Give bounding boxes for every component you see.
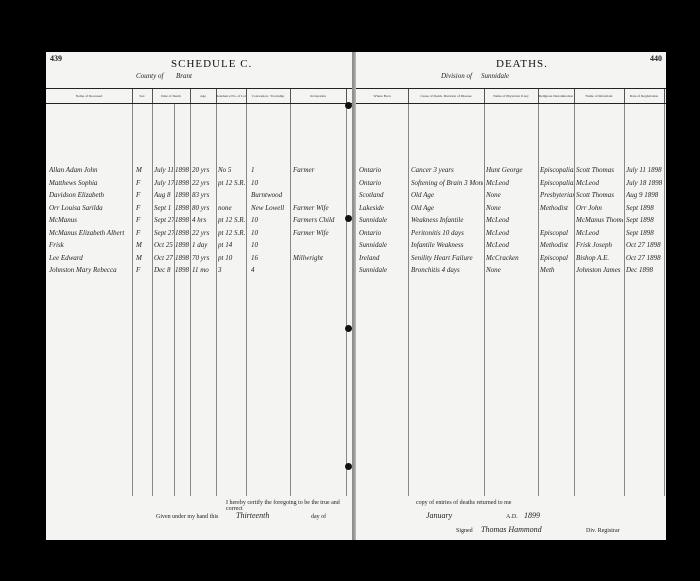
- cell-con: 10: [251, 241, 289, 249]
- col-registration: Date of Registration: [624, 89, 665, 103]
- cell-date: Sept 1: [154, 204, 174, 212]
- cell-con: 10: [251, 229, 289, 237]
- given-text: Given under my hand this: [156, 514, 218, 520]
- cell-born: Scotland: [359, 191, 407, 199]
- cell-reg: July 18 1898: [626, 179, 664, 187]
- cell-lot: pt 10: [218, 254, 246, 262]
- cell-born: Ontario: [359, 166, 407, 174]
- ad-label: A.D.: [506, 514, 518, 520]
- col-occupation: Occupation: [290, 89, 347, 103]
- cell-religion: Episcopalian: [540, 166, 574, 174]
- cell-date: Oct 25: [154, 241, 174, 249]
- page-number: 440: [650, 54, 662, 63]
- cell-lot: 3: [218, 266, 246, 274]
- cell-con: Burntwood: [251, 191, 289, 199]
- cell-physician: McLeod: [486, 216, 536, 224]
- col-age: Age: [190, 89, 217, 103]
- page-number: 439: [50, 54, 62, 63]
- cell-age: 22 yrs: [192, 179, 216, 187]
- table-row: Johnston Mary RebeccaFDec 8189811 mo34: [46, 266, 352, 278]
- cell-informant: McLeod: [576, 229, 623, 237]
- col-name: Name of Deceased: [46, 89, 133, 103]
- table-row: OntarioPeritonitis 10 daysMcLeodEpiscopa…: [356, 229, 666, 241]
- binding-hole: [345, 463, 352, 470]
- cell-informant: Scott Thomas: [576, 191, 623, 199]
- cell-born: Ireland: [359, 254, 407, 262]
- cell-physician: McLeod: [486, 241, 536, 249]
- cell-age: 11 mo: [192, 266, 216, 274]
- cell-age: 4 hrs: [192, 216, 216, 224]
- cell-year: 1898: [175, 216, 190, 224]
- cell-date: Sept 27: [154, 216, 174, 224]
- cell-religion: Episcopalian: [540, 179, 574, 187]
- day-of: day of: [311, 514, 326, 520]
- table-row: ScotlandOld AgeNonePresbyterianScott Tho…: [356, 191, 666, 203]
- table-row: LakesideOld AgeNoneMethodistOrr JohnSept…: [356, 204, 666, 216]
- cell-physician: Hunt George: [486, 166, 536, 174]
- county-value: Brant: [176, 72, 192, 80]
- right-page: 440 DEATHS. Division of Sunnidale Where …: [356, 52, 666, 540]
- col-physician: Name of Physician if any: [484, 89, 539, 103]
- cell-con: 1: [251, 166, 289, 174]
- table-row: Davidson ElizabethFAug 8189883 yrsBurntw…: [46, 191, 352, 203]
- cell-name: Davidson Elizabeth: [49, 191, 131, 199]
- cell-physician: McLeod: [486, 229, 536, 237]
- cell-reg: July 11 1898: [626, 166, 664, 174]
- table-row: SunnidaleBronchitis 4 daysNoneMethJohnst…: [356, 266, 666, 278]
- cell-reg: Sept 1898: [626, 229, 664, 237]
- cell-born: Ontario: [359, 229, 407, 237]
- cell-cause: Cancer 3 years: [411, 166, 483, 174]
- cell-reg: Dec 1898: [626, 266, 664, 274]
- ledger-grid: [46, 104, 352, 496]
- cell-religion: Episcopal: [540, 229, 574, 237]
- registrar-label: Div. Registrar: [586, 528, 620, 534]
- col-cause: Cause of Death, Duration of Disease: [408, 89, 485, 103]
- cell-date: July 17: [154, 179, 174, 187]
- cell-lot: pt 12 S.R.: [218, 179, 246, 187]
- cell-age: 22 yrs: [192, 229, 216, 237]
- col-sex: Sex: [132, 89, 153, 103]
- cell-lot: No 5: [218, 166, 246, 174]
- table-row: SunnidaleInfantile WeaknessMcLeodMethodi…: [356, 241, 666, 253]
- binding-hole: [345, 102, 352, 109]
- cell-name: McManus Elizabeth Albert: [49, 229, 131, 237]
- year: 1899: [524, 511, 540, 520]
- cell-name: Lee Edward: [49, 254, 131, 262]
- cell-lot: pt 12 S.R.: [218, 229, 246, 237]
- binding-hole: [345, 215, 352, 222]
- cell-con: 4: [251, 266, 289, 274]
- cell-con: 10: [251, 179, 289, 187]
- cell-date: July 11: [154, 166, 174, 174]
- table-row: OntarioCancer 3 yearsHunt GeorgeEpiscopa…: [356, 166, 666, 178]
- cell-born: Ontario: [359, 179, 407, 187]
- cell-occupation: Farmer: [293, 166, 345, 174]
- cell-physician: None: [486, 204, 536, 212]
- cell-name: Orr Louisa Sarilda: [49, 204, 131, 212]
- binding-hole: [345, 325, 352, 332]
- page-title: DEATHS.: [496, 58, 548, 70]
- cell-occupation: Farmer Wife: [293, 229, 345, 237]
- cell-reg: Aug 9 1898: [626, 191, 664, 199]
- cell-sex: M: [136, 241, 150, 249]
- col-lot: Residence No. of Lot: [216, 89, 247, 103]
- cell-informant: McManus Thomas: [576, 216, 623, 224]
- division-value: Sunnidale: [481, 72, 509, 80]
- cell-cause: Old Age: [411, 204, 483, 212]
- cell-reg: Sept 1898: [626, 204, 664, 212]
- cell-born: Lakeside: [359, 204, 407, 212]
- cell-name: Allan Adam John: [49, 166, 131, 174]
- col-religion: Religious Denomination: [538, 89, 575, 103]
- col-informant: Name of Informant: [574, 89, 625, 103]
- cell-lot: pt 12 S.R.: [218, 216, 246, 224]
- cell-informant: McLeod: [576, 179, 623, 187]
- table-row: McManusFSept 2718984 hrspt 12 S.R.10Farm…: [46, 216, 352, 228]
- cell-born: Sunnidale: [359, 241, 407, 249]
- cell-year: 1898: [175, 241, 190, 249]
- cell-reg: Sept 1898: [626, 216, 664, 224]
- signed-value: Thomas Hammond: [481, 525, 542, 534]
- cell-year: 1898: [175, 179, 190, 187]
- page-title: SCHEDULE C.: [171, 58, 252, 70]
- cell-born: Sunnidale: [359, 216, 407, 224]
- left-page: 439 SCHEDULE C. County of Brant Name of …: [46, 52, 352, 540]
- cell-year: 1898: [175, 204, 190, 212]
- division-label: Division of: [441, 72, 472, 80]
- cell-con: New Lowell: [251, 204, 289, 212]
- cell-name: McManus: [49, 216, 131, 224]
- cell-physician: McLeod: [486, 179, 536, 187]
- cell-sex: M: [136, 254, 150, 262]
- table-row: McManus Elizabeth AlbertFSept 27189822 y…: [46, 229, 352, 241]
- cell-religion: Methodist: [540, 204, 574, 212]
- cell-age: 80 yrs: [192, 204, 216, 212]
- cell-cause: Bronchitis 4 days: [411, 266, 483, 274]
- cell-reg: Oct 27 1898: [626, 241, 664, 249]
- cell-age: 1 day: [192, 241, 216, 249]
- cell-sex: F: [136, 266, 150, 274]
- cell-date: Dec 8: [154, 266, 174, 274]
- column-header: Where Born Cause of Death, Duration of D…: [356, 88, 666, 104]
- cell-physician: McCracken: [486, 254, 536, 262]
- col-born: Where Born: [356, 89, 409, 103]
- col-date: Date of Death: [152, 89, 191, 103]
- cell-year: 1898: [175, 254, 190, 262]
- cell-sex: F: [136, 216, 150, 224]
- ledger-grid: [356, 104, 666, 496]
- cell-date: Aug 8: [154, 191, 174, 199]
- cell-cause: Infantile Weakness: [411, 241, 483, 249]
- cell-sex: F: [136, 179, 150, 187]
- table-row: SunnidaleWeakness InfantileMcLeodMcManus…: [356, 216, 666, 228]
- cell-year: 1898: [175, 266, 190, 274]
- cell-occupation: Millwright: [293, 254, 345, 262]
- cell-con: 16: [251, 254, 289, 262]
- cell-sex: F: [136, 204, 150, 212]
- table-row: OntarioSoftening of Brain 3 MonthsMcLeod…: [356, 179, 666, 191]
- cell-reg: Oct 27 1898: [626, 254, 664, 262]
- cell-religion: Meth: [540, 266, 574, 274]
- cell-date: Oct 27: [154, 254, 174, 262]
- county-label: County of: [136, 72, 163, 80]
- cell-informant: Frisk Joseph: [576, 241, 623, 249]
- cell-religion: Presbyterian: [540, 191, 574, 199]
- cell-cause: Weakness Infantile: [411, 216, 483, 224]
- table-row: IrelandSenility Heart FailureMcCrackenEp…: [356, 254, 666, 266]
- signed-label: Signed: [456, 528, 473, 534]
- cell-occupation: Farmer Wife: [293, 204, 345, 212]
- cell-name: Frisk: [49, 241, 131, 249]
- cell-lot: none: [218, 204, 246, 212]
- cell-age: 70 yrs: [192, 254, 216, 262]
- copy-text: copy of entries of deaths returned to me: [416, 500, 511, 506]
- cell-sex: M: [136, 166, 150, 174]
- cell-informant: Orr John: [576, 204, 623, 212]
- cell-religion: Methodist: [540, 241, 574, 249]
- table-row: Orr Louisa SarildaFSept 1189880 yrsnoneN…: [46, 204, 352, 216]
- cell-cause: Senility Heart Failure: [411, 254, 483, 262]
- cell-age: 83 yrs: [192, 191, 216, 199]
- cell-sex: F: [136, 191, 150, 199]
- given-day: Thirteenth: [236, 511, 269, 520]
- table-row: Lee EdwardMOct 27189870 yrspt 1016Millwr…: [46, 254, 352, 266]
- cell-cause: Softening of Brain 3 Months: [411, 179, 483, 187]
- month: January: [426, 511, 452, 520]
- column-header: Name of Deceased Sex Date of Death Age R…: [46, 88, 352, 104]
- cell-informant: Bishop A.E.: [576, 254, 623, 262]
- cell-sex: F: [136, 229, 150, 237]
- cell-cause: Old Age: [411, 191, 483, 199]
- col-concession: Concession / Township: [246, 89, 291, 103]
- cell-con: 10: [251, 216, 289, 224]
- cell-informant: Scott Thomas: [576, 166, 623, 174]
- cell-year: 1898: [175, 166, 190, 174]
- cell-cause: Peritonitis 10 days: [411, 229, 483, 237]
- cell-lot: pt 14: [218, 241, 246, 249]
- cell-informant: Johnston James: [576, 266, 623, 274]
- cell-name: Matthews Sophia: [49, 179, 131, 187]
- cell-year: 1898: [175, 191, 190, 199]
- table-row: Matthews SophiaFJuly 17189822 yrspt 12 S…: [46, 179, 352, 191]
- table-row: Allan Adam JohnMJuly 11189820 yrsNo 51Fa…: [46, 166, 352, 178]
- cell-physician: None: [486, 266, 536, 274]
- cell-occupation: Farmers Child: [293, 216, 345, 224]
- cell-date: Sept 27: [154, 229, 174, 237]
- cell-year: 1898: [175, 229, 190, 237]
- cell-name: Johnston Mary Rebecca: [49, 266, 131, 274]
- cell-born: Sunnidale: [359, 266, 407, 274]
- table-row: FriskMOct 2518981 daypt 1410: [46, 241, 352, 253]
- cell-age: 20 yrs: [192, 166, 216, 174]
- cell-physician: None: [486, 191, 536, 199]
- cell-religion: Episcopal: [540, 254, 574, 262]
